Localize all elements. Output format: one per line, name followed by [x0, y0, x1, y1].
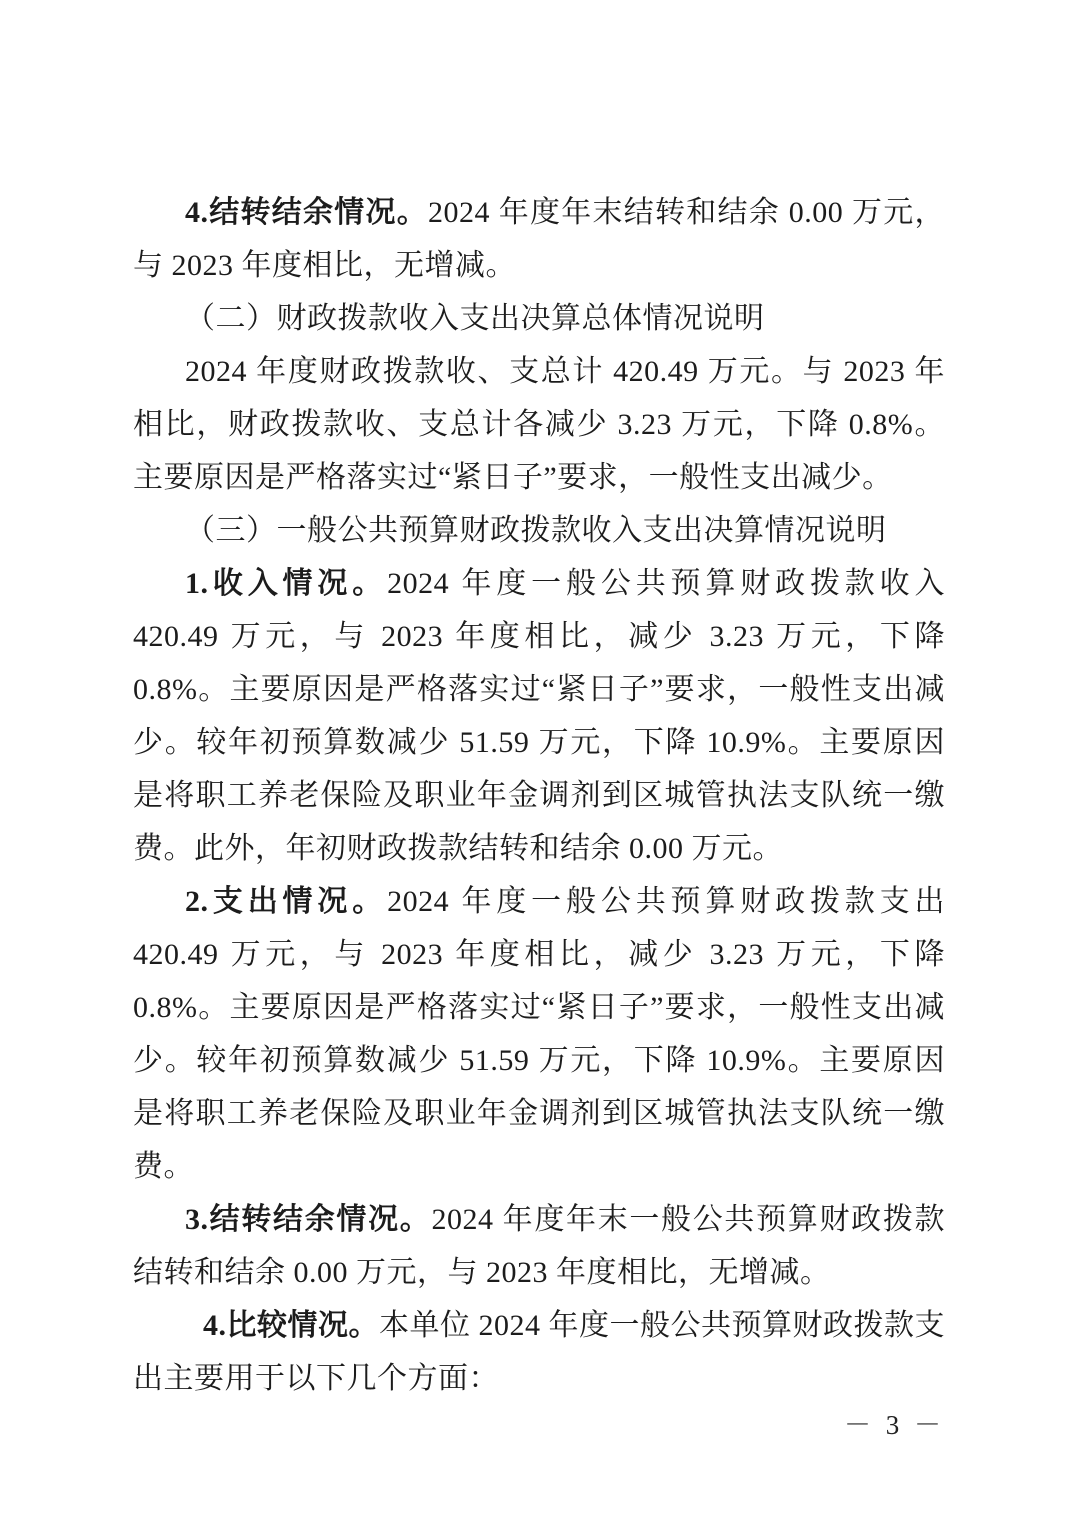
- paragraph: 1.收入情况。2024 年度一般公共预算财政拨款收入 420.49 万元，与 2…: [133, 557, 945, 875]
- document-body: 4.结转结余情况。2024 年度年末结转和结余 0.00 万元，与 2023 年…: [133, 186, 945, 1405]
- paragraph-lead-label: 4.结转结余情况。: [185, 196, 428, 229]
- paragraph: 3.结转结余情况。2024 年度年末一般公共预算财政拨款结转和结余 0.00 万…: [133, 1193, 945, 1299]
- paragraph: 4.结转结余情况。2024 年度年末结转和结余 0.00 万元，与 2023 年…: [133, 186, 945, 292]
- document-page: 4.结转结余情况。2024 年度年末结转和结余 0.00 万元，与 2023 年…: [0, 0, 1075, 1520]
- paragraph-text: 2024 年度一般公共预算财政拨款支出 420.49 万元，与 2023 年度相…: [133, 885, 945, 1183]
- paragraph-lead-label: 4.比较情况。: [203, 1309, 379, 1342]
- section-heading: （三）一般公共预算财政拨款收入支出决算情况说明: [133, 504, 945, 557]
- paragraph-lead-label: 3.结转结余情况。: [185, 1203, 431, 1236]
- section-heading: （二）财政拨款收入支出决算总体情况说明: [133, 292, 945, 345]
- paragraph-text: 2024 年度一般公共预算财政拨款收入 420.49 万元，与 2023 年度相…: [133, 567, 945, 865]
- paragraph: 2.支出情况。2024 年度一般公共预算财政拨款支出 420.49 万元，与 2…: [133, 875, 945, 1193]
- paragraph-lead-label: 1.收入情况。: [185, 567, 387, 600]
- paragraph-lead-label: 2.支出情况。: [185, 885, 387, 918]
- paragraph-text: （二）财政拨款收入支出决算总体情况说明: [185, 302, 765, 335]
- page-number: － 3 －: [844, 1405, 945, 1445]
- paragraph-text: （三）一般公共预算财政拨款收入支出决算情况说明: [185, 514, 887, 547]
- paragraph-text: 2024 年度财政拨款收、支总计 420.49 万元。与 2023 年相比，财政…: [133, 355, 945, 494]
- paragraph: 4.比较情况。本单位 2024 年度一般公共预算财政拨款支出主要用于以下几个方面…: [133, 1299, 945, 1405]
- paragraph: 2024 年度财政拨款收、支总计 420.49 万元。与 2023 年相比，财政…: [133, 345, 945, 504]
